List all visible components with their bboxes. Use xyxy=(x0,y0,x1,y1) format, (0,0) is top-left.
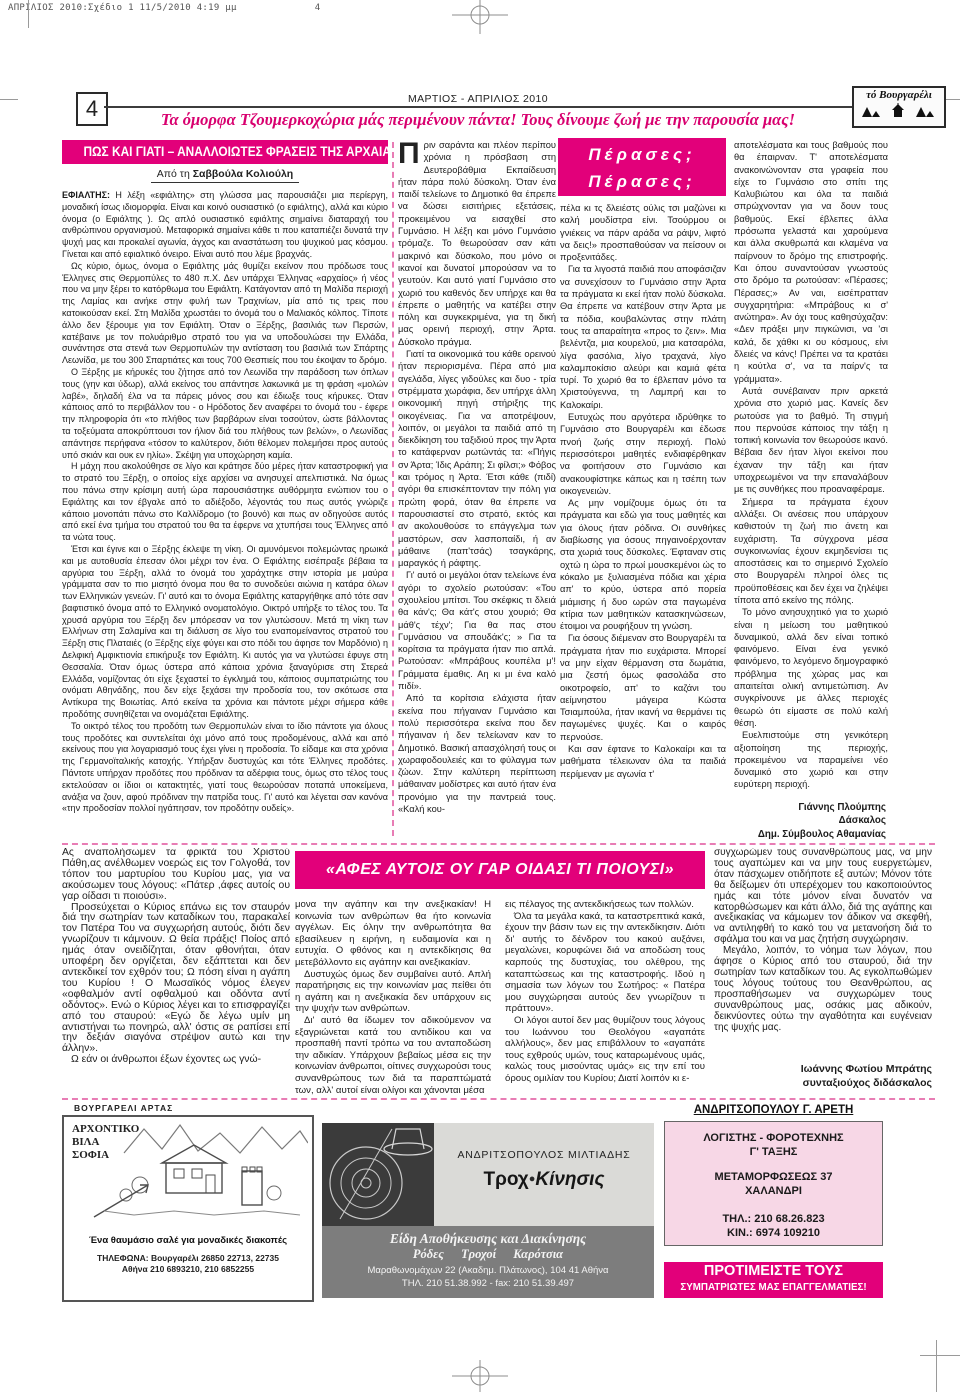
logo-title: τό Βουργαρέλι xyxy=(854,88,944,103)
heading-line-1: Πέρασες; xyxy=(558,141,726,168)
accountant-details: ΛΟΓΙΣΤΗΣ - ΦΟΡΟΤΕΧΝΗΣΓ' ΤΑΞΗΣΜΕΤΑΜΟΡΦΩΣΕ… xyxy=(664,1121,883,1246)
middle-article-column-3: αποτελέσματα και τους βαθμούς που θα έπα… xyxy=(734,139,888,839)
drop-cap: Π xyxy=(398,139,424,166)
villa-ad-phones: ΤΗΛΕΦΩΝΑ: Βουργαρέλι 26850 22713, 22735 … xyxy=(64,1253,312,1275)
villa-ad-location-label: ΒΟΥΡΓΑΡΕΛΙ ΑΡΤΑΣ xyxy=(74,1103,173,1113)
paragraph: εις πέλαγος της αντεκδικήσεως των πολλών… xyxy=(505,899,705,911)
heading-line-2: Πέρασες; xyxy=(558,168,726,195)
section-separator xyxy=(62,843,935,845)
paragraph-text: ριν σαράντα και πλέον περίπου χρόνια η π… xyxy=(398,140,556,347)
trochokinisi-items: Ρόδες Τροχοί Καρότσια xyxy=(322,1247,654,1262)
crop-mark xyxy=(0,99,18,100)
bottom-article-banner: «ΑΦΕΣ ΑΥΤΟΙΣ ΟΥ ΓΑΡ ΟΙΔΑΣΙ ΤΙ ΠΟΙΟΥΣΙ» xyxy=(295,851,705,889)
trochokinisi-ad-panel: ΑΝΔΡΙΤΣΟΠΟΥΛΟΣ ΜΙΛΤΙΑΔΗΣ Τροχ●Κίνησις xyxy=(434,1123,654,1226)
paragraph: Ως κύριο, όμως, όνομα ο Εφιάλτης μάς θυμ… xyxy=(62,261,388,367)
paragraph: Δάσκαλος xyxy=(734,814,886,828)
paragraph: Όλα τα μεγάλα κακά, τα καταστρεπτικά κακ… xyxy=(505,911,705,1015)
trochokinisi-address: Μαραθωνομάχων 22 (Ακαδημ. Πλάτωνος), 104… xyxy=(322,1265,654,1276)
issue-date: ΜΑΡΤΙΟΣ - ΑΠΡΙΛΙΟΣ 2010 xyxy=(104,93,852,105)
left-article-body: ΕΦΙΑΛΤΗΣ: Η λέξη «εφιάλτης» στη γλώσσα μ… xyxy=(62,190,388,834)
paragraph: μονα την αγάπην και την ανεξικακίαν! Η κ… xyxy=(295,899,491,969)
bottom-article-middle-column-b: εις πέλαγος της αντεκδικήσεως των πολλών… xyxy=(505,899,705,1097)
paragraph: Γ' ΤΑΞΗΣ xyxy=(665,1146,882,1158)
village-silhouette-icon xyxy=(858,103,940,119)
paragraph: Γιάννης Πλούμπης xyxy=(734,801,886,815)
paragraph: Για τα λιγοστά παιδιά που αποφάσιζαν να … xyxy=(560,263,726,411)
paragraph: ΚΙΝ.: 6974 109210 xyxy=(665,1227,882,1239)
accountant-ad: ΑΝΔΡΙΤΣΟΠΟΥΛΟΥ Γ. ΑΡΕΤΗ ΛΟΓΙΣΤΗΣ - ΦΟΡΟΤ… xyxy=(664,1104,883,1246)
paragraph: πέλα κι τς δλειέστς ούλις τσι μαζώνει κι… xyxy=(560,202,726,263)
paragraph: Προσεύχεται ο Κύριος επάνω εις τον σταυρ… xyxy=(62,903,290,1056)
paragraph: Ευελπιστούμε στη γενικότερη αξιοποίηση τ… xyxy=(734,729,888,790)
registration-mark-icon xyxy=(452,0,508,34)
paragraph: Για όσους διέμεναν στο Βουργαρέλι τα πρά… xyxy=(560,632,726,743)
left-article-byline: Από τη Σαββούλα Κολιούλη xyxy=(62,168,388,180)
trochokinisi-ad-strip: Είδη Αποθήκευσης και Διακίνησης Ρόδες Τρ… xyxy=(322,1226,654,1298)
printer-slug: ΑΠΡΙΛΙΟΣ 2010:Σχέδιο 1 11/5/2010 4:19 μμ… xyxy=(8,3,320,13)
crop-mark xyxy=(936,1340,937,1392)
paragraph: ΕΦΙΑΛΤΗΣ: Η λέξη «εφιάλτης» στη γλώσσα μ… xyxy=(62,190,388,261)
logo-part: Τροχ xyxy=(483,1169,528,1190)
masthead-slogan: Τα όμορφα Τζουμερκοχώρια μάς περιμένουν … xyxy=(104,110,852,130)
registration-mark-icon xyxy=(452,1360,508,1392)
paragraph: Σήμερα τα πράγματα έχουν αλλάξει. Οι ανέ… xyxy=(734,496,888,607)
column-separator xyxy=(392,142,394,836)
paragraph: Ο Ξέρξης με κήρυκές του ζήτησε από τον Λ… xyxy=(62,367,388,461)
promo-line-2: ΣΥΜΠΑΤΡΙΩΤΕΣ ΜΑΣ ΕΠΑΓΓΕΛΜΑΤΙΕΣ! xyxy=(664,1281,883,1294)
trochokinisi-products: Είδη Αποθήκευσης και Διακίνησης xyxy=(322,1231,654,1247)
bottom-article-right-column: συγχωρώμεν τους συνανθρώπους μας, να μην… xyxy=(714,848,932,1060)
paragraph: Αυτά συνέβαιναν πριν αρκετά χρόνια στο χ… xyxy=(734,385,888,496)
trochokinisi-phone: ΤΗΛ. 210 51.38.992 - fax: 210 51.39.497 xyxy=(322,1278,654,1289)
paragraph: Ας μην νομίζουμε όμως ότι τα πράγματα κα… xyxy=(560,497,726,632)
crop-mark xyxy=(920,1355,960,1356)
paragraph: Ευτυχώς που αργότερα ιδρύθηκε το Γυμνάσι… xyxy=(560,411,726,497)
paragraph: συγχωρώμεν τους συνανθρώπους μας, να μην… xyxy=(714,848,932,946)
paragraph: ΛΟΓΙΣΤΗΣ - ΦΟΡΟΤΕΧΝΗΣ xyxy=(665,1132,882,1144)
paragraph: συνταξιούχος διδάσκαλος xyxy=(714,1076,932,1090)
section-separator xyxy=(62,1098,935,1100)
paragraph: Ας αναπολήσωμεν τα φρικτά του Χριστού Πά… xyxy=(62,848,290,903)
middle-article-column-1: Πριν σαράντα και πλέον περίπου χρόνια η … xyxy=(398,139,556,839)
villa-sofia-ad: ΑΡΧΟΝΤΙΚΟ ΒΙΛΑ ΣΟΦΙΑ Ένα θαυμάσιο σαλέ γ… xyxy=(62,1115,314,1302)
villa-phone-line: Αθήνα 210 6893210, 210 6852255 xyxy=(64,1264,312,1275)
paragraph: Έτσι και έγινε και ο Ξέρξης έκλεψε τη νί… xyxy=(62,544,388,721)
left-article-title-bar: ΠΩΣ ΚΑΙ ΓΙΑΤΙ – ΑΝΑΛΛΟΙΩΤΕΣ ΦΡΑΣΕΙΣ ΤΗΣ … xyxy=(62,140,388,164)
byline-prefix: Από τη xyxy=(157,168,193,180)
newspaper-page: ΑΠΡΙΛΙΟΣ 2010:Σχέδιο 1 11/5/2010 4:19 μμ… xyxy=(0,0,960,1392)
bottom-article-signature: Ιωάννης Φωτίου Μπράτηςσυνταξιούχος διδάσ… xyxy=(714,1062,932,1090)
paragraph: Δι' αυτό θα ίδωμεν τον αδικούμενον να εξ… xyxy=(295,1015,491,1096)
villa-phone-line: ΤΗΛΕΦΩΝΑ: Βουργαρέλι 26850 22713, 22735 xyxy=(64,1253,312,1264)
byline-author: Σαββούλα Κολιούλη xyxy=(193,168,293,180)
trochokinisi-owner: ΑΝΔΡΙΤΣΟΠΟΥΛΟΣ ΜΙΛΤΙΑΔΗΣ xyxy=(434,1149,654,1161)
promo-line-1: ΠΡΟΤΙΜΕΙΣΤΕ ΤΟΥΣ xyxy=(664,1262,883,1281)
trochokinisi-logo: Τροχ●Κίνησις xyxy=(434,1169,654,1191)
paragraph: ΤΗΛ.: 210 68.26.823 xyxy=(665,1213,882,1225)
bottom-article-middle-column-a: μονα την αγάπην και την ανεξικακίαν! Η κ… xyxy=(295,899,491,1097)
paragraph: Πριν σαράντα και πλέον περίπου χρόνια η … xyxy=(398,139,556,348)
newspaper-logo: τό Βουργαρέλι xyxy=(852,86,946,128)
lead-word: ΕΦΙΑΛΤΗΣ: xyxy=(62,190,110,200)
middle-article-column-2: πέλα κι τς δλειέστς ούλις τσι μαζώνει κι… xyxy=(560,202,726,838)
masthead-rule xyxy=(104,106,852,108)
paragraph: Γι' αυτό οι μεγάλοι όταν τελείωνε ένα αγ… xyxy=(398,569,556,692)
paragraph: Η μάχη που ακολούθησε σε λίγο και κράτησ… xyxy=(62,461,388,544)
logo-part: Κίνησις xyxy=(535,1169,604,1190)
printer-slug-text: ΑΠΡΙΛΙΟΣ 2010:Σχέδιο 1 11/5/2010 4:19 μμ xyxy=(8,3,237,13)
paragraph: Το οικτρό τέλος του προδότη των Θερμοπυλ… xyxy=(62,721,388,815)
middle-article-heading: Πέρασες; Πέρασες; xyxy=(558,138,726,196)
paragraph: Οι λόγοι αυτοί δεν μας θυμίζουν τους λόγ… xyxy=(505,1015,705,1085)
paragraph: Δυστυχώς όμως δεν συμβαίνει αυτό. Απλή π… xyxy=(295,969,491,1015)
paragraph: Ω εάν οι άνθρωποι έξων έχοντες ως γνώ- xyxy=(62,1055,290,1066)
paragraph: Γιατί τα οικονομικά του κάθε ορεινού ήτα… xyxy=(398,348,556,569)
promo-banner: ΠΡΟΤΙΜΕΙΣΤΕ ΤΟΥΣ ΣΥΜΠΑΤΡΙΩΤΕΣ ΜΑΣ ΕΠΑΓΓΕ… xyxy=(664,1262,883,1298)
printer-page-ref: 4 xyxy=(315,3,321,13)
bottom-article-left-column: Ας αναπολήσωμεν τα φρικτά του Χριστού Πά… xyxy=(62,848,290,1094)
page-number: 4 xyxy=(86,96,98,121)
wheel-art-icon xyxy=(322,1123,434,1226)
paragraph: Το μόνο ανησυχητικό για το χωριό είναι η… xyxy=(734,606,888,729)
paragraph: αποτελέσματα και τους βαθμούς που θα έπα… xyxy=(734,139,888,385)
accountant-name: ΑΝΔΡΙΤΣΟΠΟΥΛΟΥ Γ. ΑΡΕΤΗ xyxy=(664,1104,883,1116)
paragraph: ΧΑΛΑΝΔΡΙ xyxy=(665,1185,882,1197)
villa-ad-caption: Ένα θαυμάσιο σαλέ για μοναδικές διακοπές xyxy=(64,1235,312,1246)
paragraph: Μεγάλο, λοιπόν, το νόημα των λόγων, που … xyxy=(714,946,932,1033)
left-article-title: ΠΩΣ ΚΑΙ ΓΙΑΤΙ – ΑΝΑΛΛΟΙΩΤΕΣ ΦΡΑΣΕΙΣ ΤΗΣ … xyxy=(83,140,388,164)
paragraph: Δημ. Σύμβουλος Αθαμανίας xyxy=(734,828,886,839)
paragraph: Ιωάννης Φωτίου Μπράτης xyxy=(714,1062,932,1076)
paragraph: ΜΕΤΑΜΟΡΦΩΣΕΩΣ 37 xyxy=(665,1171,882,1183)
middle-article-signature: Γιάννης ΠλούμπηςΔάσκαλοςΔημ. Σύμβουλος Α… xyxy=(734,801,888,839)
chalet-sketch-icon xyxy=(64,1119,308,1231)
crop-mark xyxy=(28,0,29,28)
paragraph: Από τα κορίτσια ελάχιστα ήταν εκείνα που… xyxy=(398,692,556,815)
trochokinisi-ad: ΑΝΔΡΙΤΣΟΠΟΥΛΟΣ ΜΙΛΤΙΑΔΗΣ Τροχ●Κίνησις Εί… xyxy=(322,1123,654,1298)
paragraph: Και σαν έφτανε το Καλοκαίρι και τα μαθήμ… xyxy=(560,743,726,780)
lead-paragraph-text: Η λέξη «εφιάλτης» στη γλώσσα μας παρουσι… xyxy=(62,190,388,259)
